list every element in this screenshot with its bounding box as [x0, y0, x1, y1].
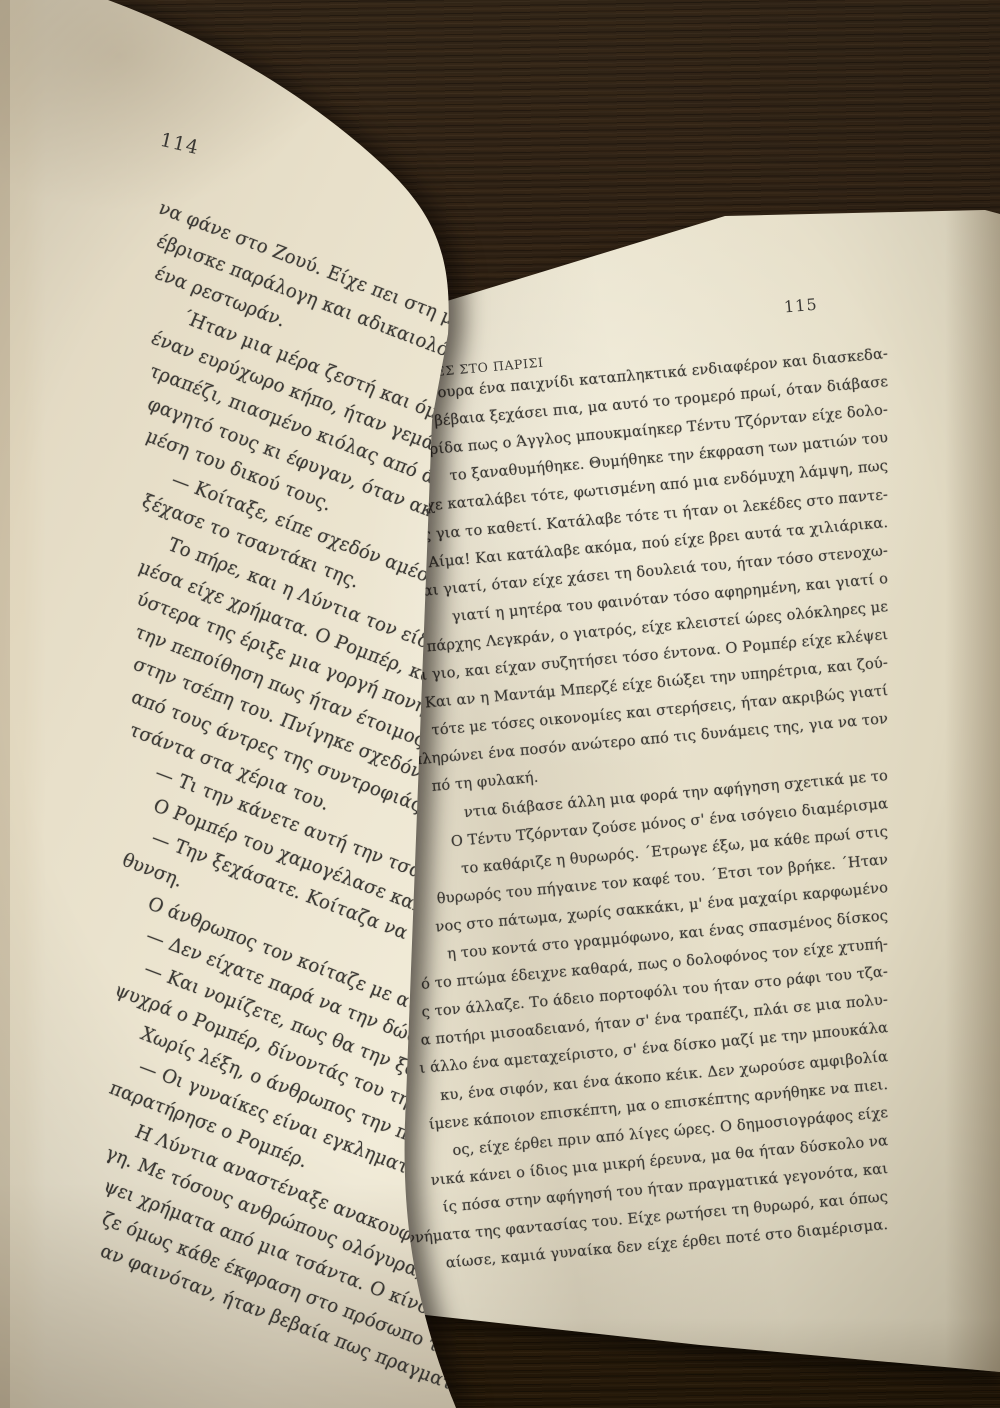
book-page-left: 114 να φάνε στο Ζουύ. Είχε πει στη μητέρ…: [0, 0, 1000, 1408]
page-number-left: 114: [158, 129, 201, 159]
book-photo: 115 ΕΣ ΣΤΟ ΠΑΡΙΣΙ σίγουρα ένα παιχνίδι κ…: [0, 0, 1000, 1408]
left-page-wrapper: 114 να φάνε στο Ζουύ. Είχε πει στη μητέρ…: [0, 0, 1000, 1408]
